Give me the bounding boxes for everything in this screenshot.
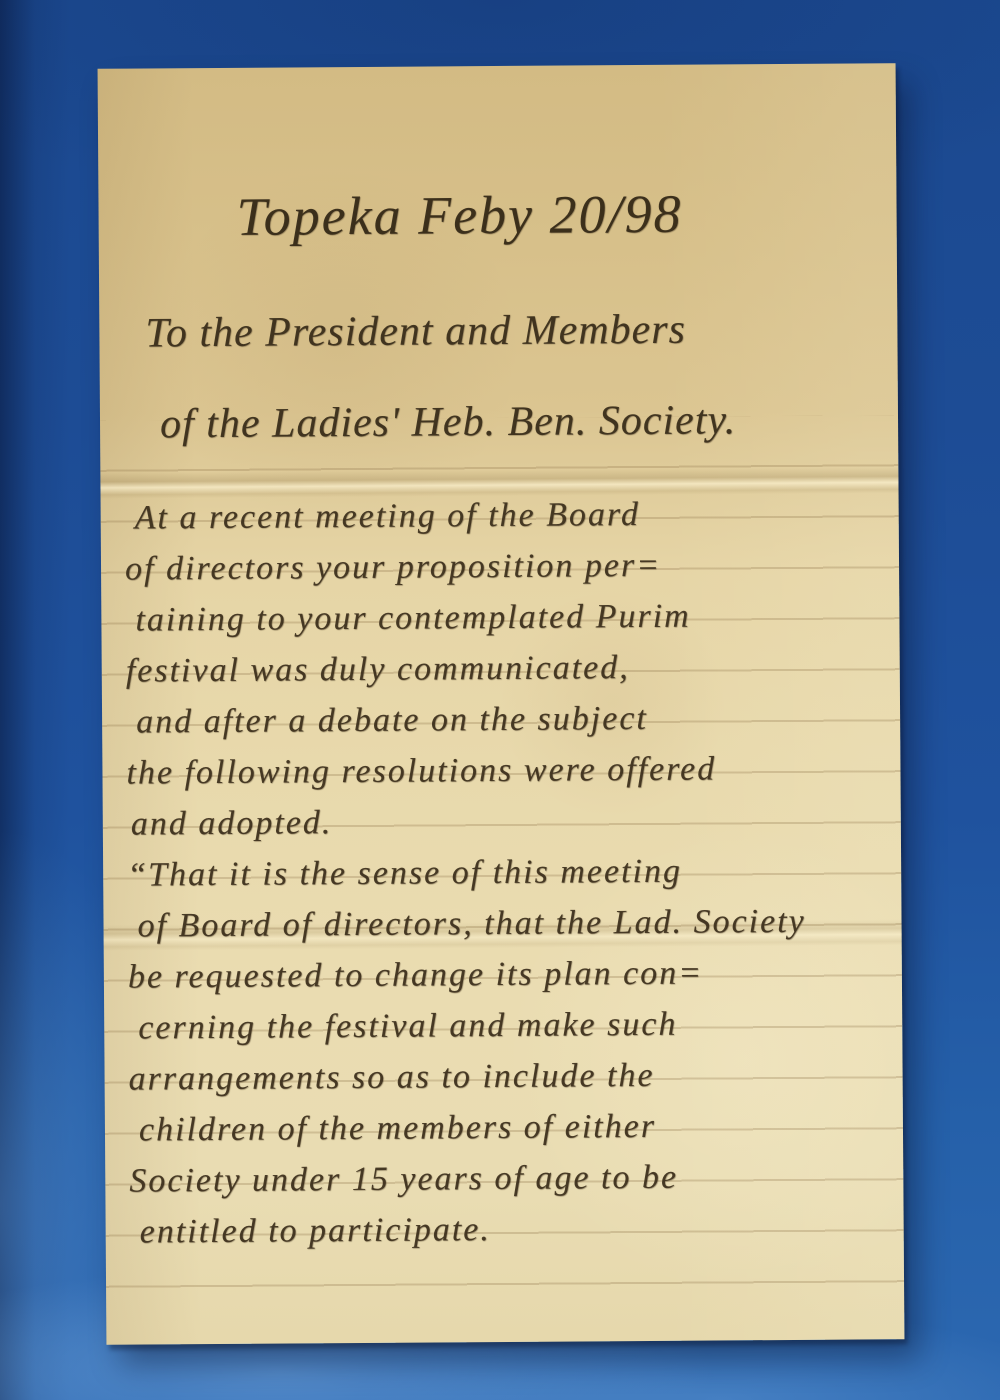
letter-line: festival was duly communicated, [126, 640, 880, 696]
letter-line: of Board of directors, that the Lad. Soc… [137, 895, 881, 951]
letter-dateline: Topeka Feby 20/98 [236, 183, 682, 248]
letter-line: entitled to participate. [139, 1201, 883, 1257]
letter-line: be requested to change its plan con= [128, 946, 882, 1002]
letter-line: At a recent meeting of the Board [135, 487, 879, 543]
blue-fabric-backdrop: Topeka Feby 20/98 To the President and M… [0, 0, 1000, 1400]
letter-line: children of the members of either [139, 1099, 883, 1155]
salutation-line: of the Ladies' Heb. Ben. Society. [160, 375, 737, 470]
letter-line: and adopted. [131, 793, 881, 849]
letter-paper: Topeka Feby 20/98 To the President and M… [98, 63, 905, 1345]
letter-line: cerning the festival and make such [138, 997, 882, 1053]
letter-line: of directors your proposition per= [125, 538, 879, 594]
letter-line: Society under 15 years of age to be [129, 1150, 883, 1206]
letter-line: “That it is the sense of this meeting [127, 844, 881, 900]
letter-line: the following resolutions were offered [126, 742, 880, 798]
letter-salutation: To the President and Membersof the Ladie… [145, 284, 736, 470]
letter-line: and after a debate on the subject [136, 691, 880, 747]
letter-line: taining to your contemplated Purim [135, 589, 879, 645]
salutation-line: To the President and Members [145, 284, 736, 379]
letter-body: At a recent meeting of the Boardof direc… [125, 487, 884, 1257]
letter-line: arrangements so as to include the [128, 1048, 882, 1104]
